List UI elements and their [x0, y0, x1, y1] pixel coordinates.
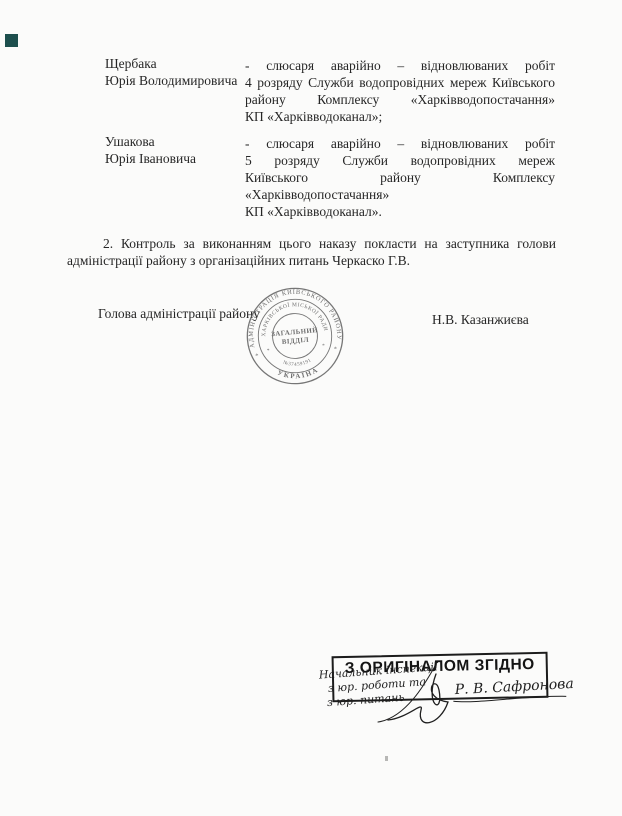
scanned-document-page: Щербака Юрія Володимировича - слюсаря ав…	[0, 0, 622, 816]
scan-artifact-square	[5, 34, 18, 47]
round-official-seal: АДМІНІСТРАЦІЯ КИЇВСЬКОГО РАЙОНУ УКРАЇНА …	[235, 276, 354, 395]
seal-star-left: *	[255, 353, 259, 360]
appointee-name-line1: Ушакова	[105, 133, 245, 150]
handwritten-signer-name: Р. В. Сафронова	[453, 676, 574, 698]
seal-inner-star-right: *	[322, 343, 326, 349]
appointee-position: - слюсаря аварійно – відновлюваних робіт…	[245, 135, 555, 220]
position-line: Київського району Комплексу «Харківводоп…	[245, 169, 555, 203]
appointee-position: - слюсаря аварійно – відновлюваних робіт…	[245, 57, 555, 125]
seal-center-line1: ЗАГАЛЬНИЙ	[271, 326, 319, 338]
position-line: району Комплексу «Харківводопостачання»	[245, 91, 555, 108]
seal-center-line2: ВІДДІЛ	[282, 337, 310, 346]
control-paragraph-line1: 2. Контроль за виконанням цього наказу п…	[67, 236, 556, 253]
position-line: КП «Харківводоканал»;	[245, 108, 555, 125]
seal-inner-star-left: *	[267, 348, 271, 354]
appointee-name-line2: Юрія Володимировича	[105, 72, 245, 89]
scan-speck	[385, 756, 388, 761]
appointee-name-line1: Щербака	[105, 55, 245, 72]
position-line: - слюсаря аварійно – відновлюваних робіт	[245, 135, 555, 152]
seal-star-right: *	[334, 346, 338, 353]
signer-position-title: Голова адміністрації району	[98, 306, 260, 322]
position-line: 5 розряду Служби водопровідних мереж	[245, 152, 555, 169]
position-line: 4 розряду Служби водопровідних мереж Киї…	[245, 74, 555, 91]
handwriting-graphic: Начальник інспекції з юр. роботи та з юр…	[318, 660, 588, 732]
position-line: - слюсаря аварійно – відновлюваних робіт	[245, 57, 555, 74]
appointee-name: Ушакова Юрія Івановича	[105, 133, 245, 167]
control-paragraph-line2: адміністрації району з організаційних пи…	[67, 253, 556, 270]
handwritten-certification: Начальник інспекції з юр. роботи та з юр…	[318, 660, 588, 732]
seal-graphic: АДМІНІСТРАЦІЯ КИЇВСЬКОГО РАЙОНУ УКРАЇНА …	[235, 276, 354, 395]
seal-number-text: №37459191	[282, 357, 313, 369]
control-paragraph: 2. Контроль за виконанням цього наказу п…	[67, 236, 556, 269]
position-line: КП «Харківводоканал».	[245, 203, 555, 220]
appointee-name-line2: Юрія Івановича	[105, 150, 245, 167]
appointee-name: Щербака Юрія Володимировича	[105, 55, 245, 89]
signer-name: Н.В. Казанжиєва	[432, 312, 529, 328]
